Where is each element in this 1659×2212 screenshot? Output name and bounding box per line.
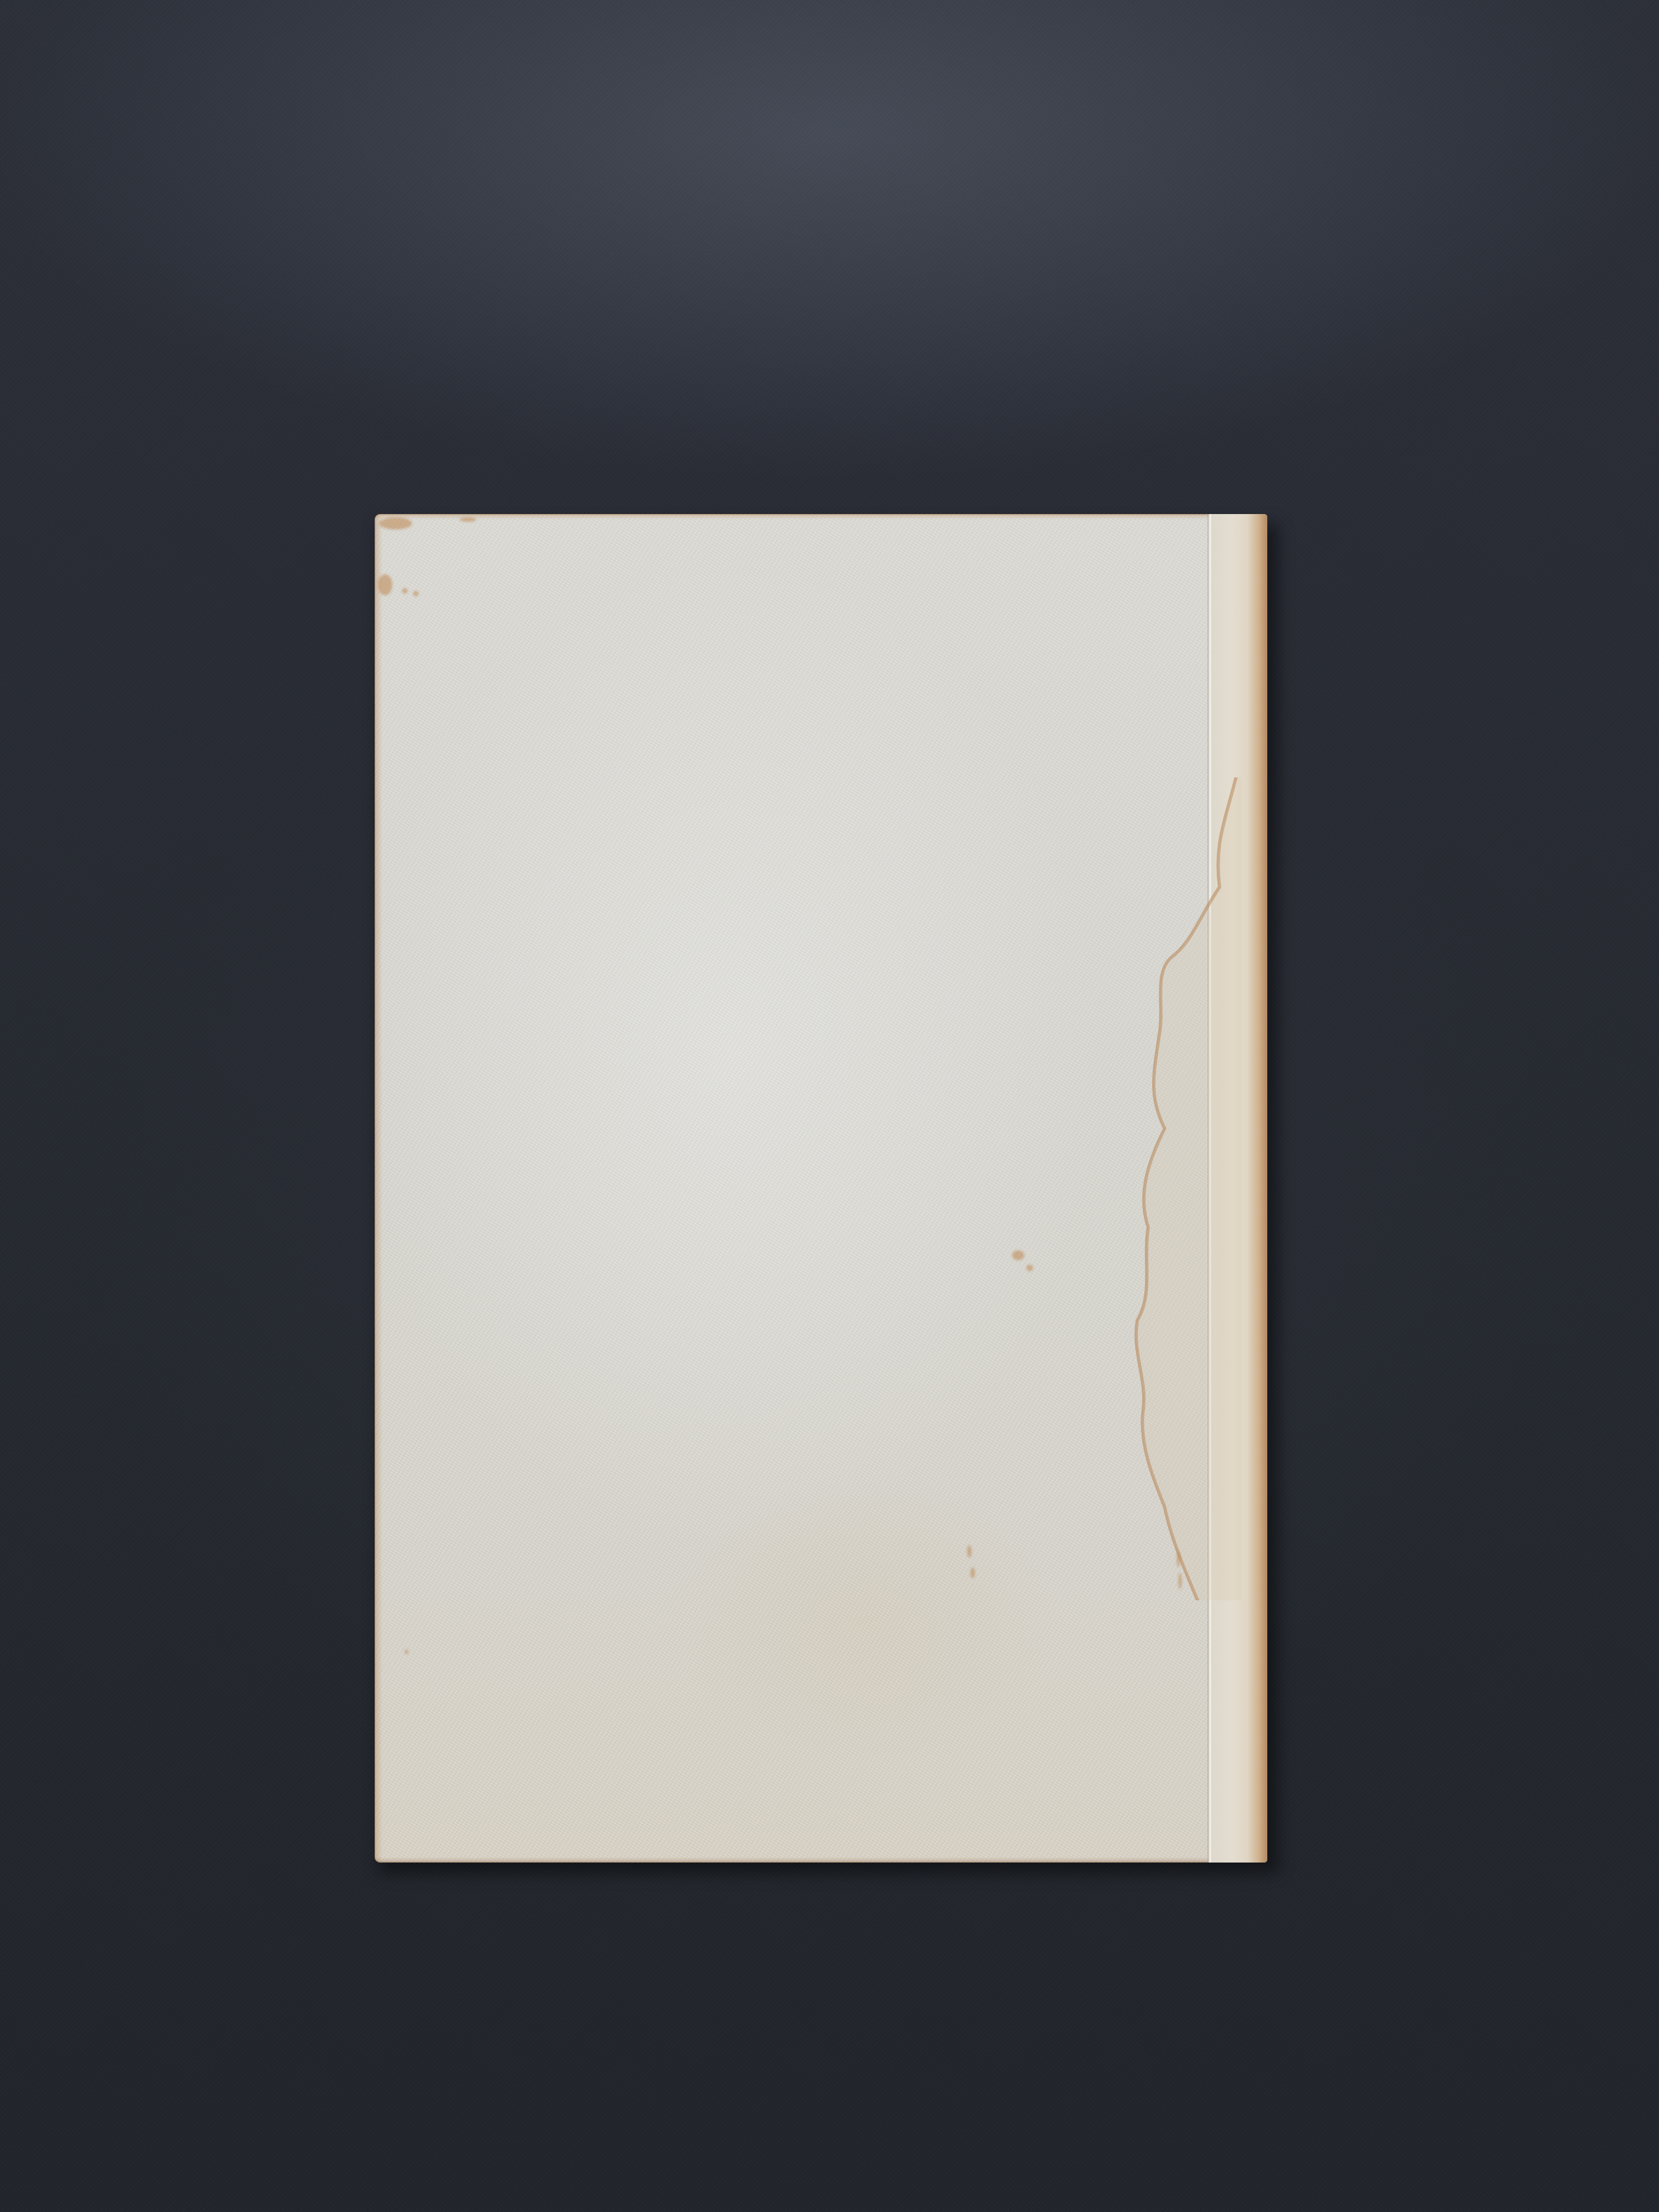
foxing-spot: [460, 517, 476, 522]
foxing-spot: [1178, 1573, 1182, 1589]
cover-top-edge: [375, 514, 1267, 520]
book-back-cover: [375, 514, 1267, 1863]
water-stain-tide-line: [1132, 777, 1242, 1600]
photo-scene: [0, 0, 1659, 2212]
foxing-spot: [379, 517, 412, 529]
foxing-spot: [378, 574, 392, 595]
foxing-spot: [402, 588, 408, 594]
foxing-spot: [1177, 1551, 1180, 1567]
foxing-spot: [1026, 1265, 1033, 1271]
cover-left-edge: [375, 514, 382, 1863]
foxing-spot: [413, 591, 419, 596]
foxing-spot: [405, 1650, 408, 1654]
foxing-spot: [1012, 1250, 1024, 1260]
cover-bottom-edge: [375, 1857, 1267, 1863]
foxing-spot: [967, 1545, 972, 1558]
spine-edge-stain: [1248, 514, 1267, 1863]
foxing-spot: [970, 1567, 975, 1578]
